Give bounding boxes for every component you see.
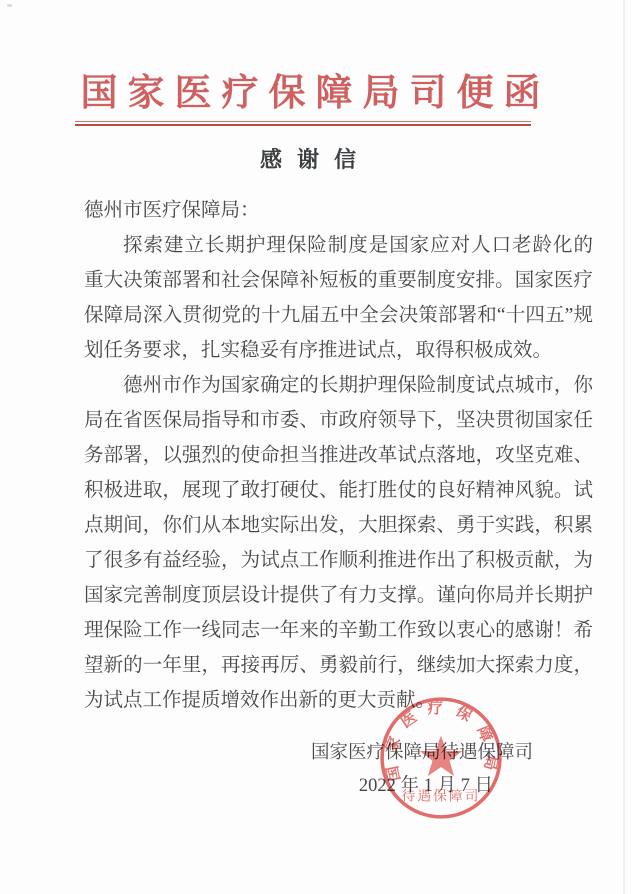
body-line: 点期间，你们从本地实际出发，大胆探索、勇于实践，积累 xyxy=(84,508,593,543)
body-line: 望新的一年里，再接再厉、勇毅前行，继续加大探索力度， xyxy=(84,648,593,683)
letter-body: 德州市医疗保障局： 探索建立长期护理保险制度是国家应对人口老龄化的重大决策部署和… xyxy=(84,193,593,718)
body-line: 国家完善制度顶层设计提供了有力支撑。谨向你局并长期护 xyxy=(84,578,593,613)
body-line: 务部署，以强烈的使命担当推进改革试点落地，攻坚克难、 xyxy=(84,438,593,473)
letterhead-rule xyxy=(75,121,531,126)
letter-title: 感谢信 xyxy=(0,143,631,174)
seal-star-icon xyxy=(420,736,462,776)
scanned-letter-page: 国家医疗保障局司便函 感谢信 德州市医疗保障局： 探索建立长期护理保险制度是国家… xyxy=(0,0,631,894)
body-line: 探索建立长期护理保险制度是国家应对人口老龄化的 xyxy=(84,228,593,263)
scan-edge-artifact xyxy=(623,0,625,894)
scan-speck-artifact xyxy=(7,4,12,7)
official-seal-stamp: 国家医疗保障局 待遇保障司 xyxy=(376,693,506,823)
body-line: 保障局深入贯彻党的十九届五中全会决策部署和“十四五”规 xyxy=(84,298,593,333)
body-line: 理保险工作一线同志一年来的辛勤工作致以衷心的感谢！希 xyxy=(84,613,593,648)
letterhead-title: 国家医疗保障局司便函 xyxy=(0,62,631,116)
body-line: 重大决策部署和社会保障补短板的重要制度安排。国家医疗 xyxy=(84,263,593,298)
salutation: 德州市医疗保障局： xyxy=(84,193,593,228)
body-line: 为试点工作提质增效作出新的更大贡献。 xyxy=(84,683,593,718)
body-line: 局在省医保局指导和市委、市政府领导下，坚决贯彻国家任 xyxy=(84,403,593,438)
body-line: 了很多有益经验，为试点工作顺利推进作出了积极贡献，为 xyxy=(84,543,593,578)
body-line: 积极进取，展现了敢打硬仗、能打胜仗的良好精神风貌。试 xyxy=(84,473,593,508)
body-line: 德州市作为国家确定的长期护理保险制度试点城市，你 xyxy=(84,368,593,403)
body-line: 划任务要求，扎实稳妥有序推进试点，取得积极成效。 xyxy=(84,333,593,368)
seal-inner-text: 待遇保障司 xyxy=(402,788,481,804)
